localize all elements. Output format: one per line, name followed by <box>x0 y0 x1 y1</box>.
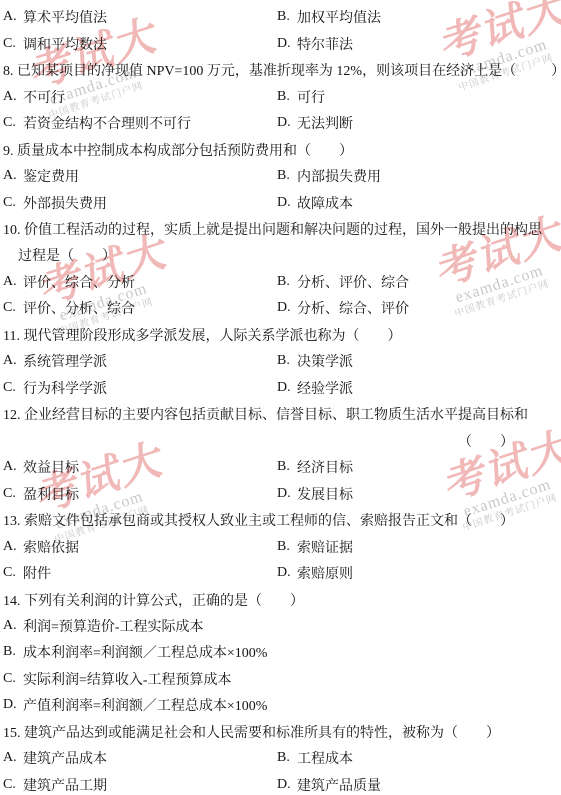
option-label: B. <box>277 9 297 25</box>
exam-question-list: A.算术平均值法B.加权平均值法C.调和平均数法D.特尔菲法8. 已知某项目的净… <box>0 0 561 795</box>
option-row: A.算术平均值法B.加权平均值法 <box>0 4 561 30</box>
option-text: 故障成本 <box>297 193 353 213</box>
option-row: A.鉴定费用B.内部损失费用 <box>0 163 561 189</box>
option-label: A. <box>3 89 23 105</box>
option-row: C.行为科学学派D.经验学派 <box>0 375 561 401</box>
option-text: 盈利目标 <box>23 484 79 504</box>
option-right-column: D.特尔菲法 <box>277 30 353 56</box>
option-label: D. <box>277 565 297 581</box>
option-label: B. <box>3 644 23 660</box>
option-text: 效益目标 <box>23 457 79 477</box>
option-text: 经验学派 <box>297 378 353 398</box>
option-label: D. <box>277 380 297 396</box>
option-right-column: D.经验学派 <box>277 375 353 401</box>
option-text: 实际利润=结算收入-工程预算成本 <box>23 669 232 689</box>
option-row: C.外部损失费用D.故障成本 <box>0 189 561 215</box>
question-text: 14. 下列有关利润的计算公式，正确的是（ ） <box>3 590 304 610</box>
option-right-column: B.加权平均值法 <box>277 4 381 30</box>
option-label: B. <box>277 750 297 766</box>
option-label: C. <box>3 671 23 687</box>
option-label: C. <box>3 565 23 581</box>
option-label: A. <box>3 750 23 766</box>
option-text: 索赔证据 <box>297 537 353 557</box>
question-row: 过程是（ ） <box>0 242 561 268</box>
option-text: 工程成本 <box>297 748 353 768</box>
option-text: 评价、综合、分析 <box>23 272 135 292</box>
option-label: B. <box>277 353 297 369</box>
option-text: 可行 <box>297 87 325 107</box>
question-text: 10. 价值工程活动的过程，实质上就是提出问题和解决问题的过程，国外一般提出的构… <box>3 219 542 239</box>
option-label: D. <box>277 195 297 211</box>
option-text: 建筑产品工期 <box>23 775 107 795</box>
option-label: B. <box>277 539 297 555</box>
option-row: C.若资金结构不合理则不可行D.无法判断 <box>0 110 561 136</box>
option-text: 分析、评价、综合 <box>297 272 409 292</box>
option-label: C. <box>3 36 23 52</box>
option-text: 经济目标 <box>297 457 353 477</box>
question-row: 9. 质量成本中控制成本构成部分包括预防费用和（ ） <box>0 136 561 162</box>
option-label: B. <box>277 168 297 184</box>
option-row: D.产值利润率=利润额／工程总成本×100% <box>0 692 561 718</box>
option-text: 索赔依据 <box>23 537 79 557</box>
option-row: C.评价、分析、综合D.分析、综合、评价 <box>0 295 561 321</box>
option-label: B. <box>277 459 297 475</box>
option-text: 系统管理学派 <box>23 351 107 371</box>
option-text: 决策学派 <box>297 351 353 371</box>
option-label: C. <box>3 300 23 316</box>
option-label: A. <box>3 618 23 634</box>
option-text: 加权平均值法 <box>297 7 381 27</box>
question-row: 10. 价值工程活动的过程，实质上就是提出问题和解决问题的过程，国外一般提出的构… <box>0 216 561 242</box>
question-row: 15. 建筑产品达到或能满足社会和人民需要和标准所具有的特性，被称为（ ） <box>0 719 561 745</box>
question-text: 13. 索赔文件包括承包商或其授权人致业主或工程师的信、索赔报告正文和（ ） <box>3 510 514 530</box>
question-text: 9. 质量成本中控制成本构成部分包括预防费用和（ ） <box>3 140 353 160</box>
option-row: A.索赔依据B.索赔证据 <box>0 533 561 559</box>
option-right-column: D.索赔原则 <box>277 560 353 586</box>
option-label: C. <box>3 115 23 131</box>
option-label: C. <box>3 486 23 502</box>
option-right-column: D.建筑产品质量 <box>277 772 381 795</box>
option-text: 建筑产品成本 <box>23 748 107 768</box>
option-label: D. <box>3 697 23 713</box>
option-text: 成本利润率=利润额／工程总成本×100% <box>23 642 267 662</box>
option-text: 特尔菲法 <box>297 34 353 54</box>
option-right-column: D.故障成本 <box>277 189 353 215</box>
option-row: A.利润=预算造价-工程实际成本 <box>0 613 561 639</box>
option-row: A.系统管理学派B.决策学派 <box>0 348 561 374</box>
option-label: A. <box>3 459 23 475</box>
option-right-column: D.无法判断 <box>277 110 353 136</box>
option-text: 算术平均值法 <box>23 7 107 27</box>
option-label: A. <box>3 539 23 555</box>
option-label: C. <box>3 195 23 211</box>
option-text: 索赔原则 <box>297 563 353 583</box>
option-label: D. <box>277 777 297 793</box>
option-label: D. <box>277 36 297 52</box>
option-text: 产值利润率=利润额／工程总成本×100% <box>23 695 267 715</box>
question-row: （ ） <box>0 428 561 454</box>
option-text: 无法判断 <box>297 113 353 133</box>
question-text: （ ） <box>458 431 514 451</box>
option-row: B.成本利润率=利润额／工程总成本×100% <box>0 639 561 665</box>
option-text: 外部损失费用 <box>23 193 107 213</box>
option-text: 附件 <box>23 563 51 583</box>
option-row: C.调和平均数法D.特尔菲法 <box>0 30 561 56</box>
exam-paper-page: 考试大examda.com中国教育考试门户网考试大examda.com中国教育考… <box>0 0 561 795</box>
option-text: 建筑产品质量 <box>297 775 381 795</box>
option-label: C. <box>3 380 23 396</box>
question-row: 8. 已知某项目的净现值 NPV=100 万元，基准折现率为 12%，则该项目在… <box>0 57 561 83</box>
option-label: D. <box>277 115 297 131</box>
option-label: A. <box>3 168 23 184</box>
option-text: 评价、分析、综合 <box>23 298 135 318</box>
option-text: 行为科学学派 <box>23 378 107 398</box>
option-label: A. <box>3 9 23 25</box>
option-row: C.盈利目标D.发展目标 <box>0 480 561 506</box>
option-text: 鉴定费用 <box>23 166 79 186</box>
option-right-column: B.工程成本 <box>277 745 353 771</box>
option-row: A.不可行B.可行 <box>0 83 561 109</box>
option-right-column: B.分析、评价、综合 <box>277 269 409 295</box>
question-text: 15. 建筑产品达到或能满足社会和人民需要和标准所具有的特性，被称为（ ） <box>3 722 500 742</box>
option-label: A. <box>3 274 23 290</box>
option-row: C.附件D.索赔原则 <box>0 560 561 586</box>
question-text: 过程是（ ） <box>18 245 116 265</box>
option-right-column: B.经济目标 <box>277 454 353 480</box>
option-label: D. <box>277 486 297 502</box>
option-row: A.效益目标B.经济目标 <box>0 454 561 480</box>
question-row: 14. 下列有关利润的计算公式，正确的是（ ） <box>0 586 561 612</box>
option-right-column: D.分析、综合、评价 <box>277 295 409 321</box>
question-row: 13. 索赔文件包括承包商或其授权人致业主或工程师的信、索赔报告正文和（ ） <box>0 507 561 533</box>
option-text: 分析、综合、评价 <box>297 298 409 318</box>
option-text: 若资金结构不合理则不可行 <box>23 113 191 133</box>
option-right-column: B.内部损失费用 <box>277 163 381 189</box>
option-row: A.评价、综合、分析B.分析、评价、综合 <box>0 269 561 295</box>
option-label: C. <box>3 777 23 793</box>
option-right-column: D.发展目标 <box>277 480 353 506</box>
option-text: 发展目标 <box>297 484 353 504</box>
option-text: 调和平均数法 <box>23 34 107 54</box>
option-row: C.建筑产品工期D.建筑产品质量 <box>0 772 561 795</box>
option-row: C.实际利润=结算收入-工程预算成本 <box>0 666 561 692</box>
question-row: 11. 现代管理阶段形成多学派发展，人际关系学派也称为（ ） <box>0 322 561 348</box>
question-text: 11. 现代管理阶段形成多学派发展，人际关系学派也称为（ ） <box>3 325 401 345</box>
option-right-column: B.可行 <box>277 83 325 109</box>
question-row: 12. 企业经营目标的主要内容包括贡献目标、信誉目标、职工物质生活水平提高目标和 <box>0 401 561 427</box>
option-text: 不可行 <box>23 87 65 107</box>
question-text: 8. 已知某项目的净现值 NPV=100 万元，基准折现率为 12%，则该项目在… <box>3 60 561 80</box>
option-row: A.建筑产品成本B.工程成本 <box>0 745 561 771</box>
option-text: 利润=预算造价-工程实际成本 <box>23 616 204 636</box>
option-label: B. <box>277 274 297 290</box>
question-text: 12. 企业经营目标的主要内容包括贡献目标、信誉目标、职工物质生活水平提高目标和 <box>3 404 528 424</box>
option-right-column: B.索赔证据 <box>277 533 353 559</box>
option-label: D. <box>277 300 297 316</box>
option-label: A. <box>3 353 23 369</box>
option-label: B. <box>277 89 297 105</box>
option-right-column: B.决策学派 <box>277 348 353 374</box>
option-text: 内部损失费用 <box>297 166 381 186</box>
